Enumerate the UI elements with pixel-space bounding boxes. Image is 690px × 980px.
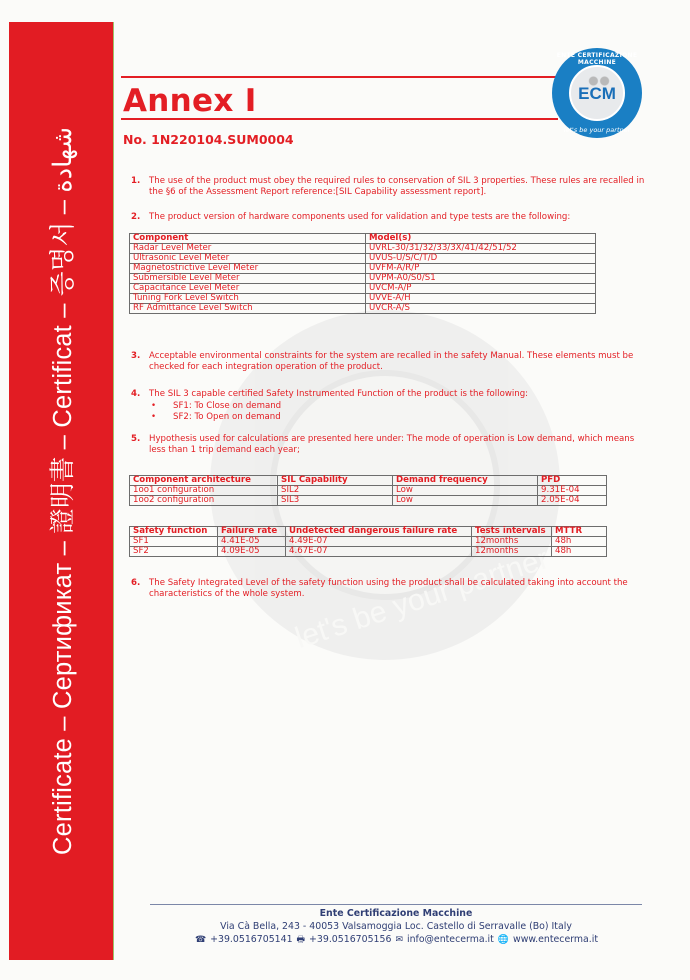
table-cell: SIL2: [278, 486, 393, 496]
table-row: Magnetostrictive Level MeterUVFM-A/R/P: [130, 264, 596, 274]
table-row: RF Admittance Level SwitchUVCR-A/S: [130, 304, 596, 314]
table-header-row: Component architecture SIL Capability De…: [130, 476, 607, 486]
table-cell: UVPM-A0/S0/S1: [366, 274, 596, 284]
table-row: Tuning Fork Level SwitchUVVE-A/H: [130, 294, 596, 304]
logo-acronym: ECM: [571, 84, 623, 104]
table-cell: 48h: [552, 547, 607, 557]
table-row: Capacitance Level MeterUVCM-A/P: [130, 284, 596, 294]
table-cell: Low: [393, 496, 538, 506]
table-cell: SIL3: [278, 496, 393, 506]
ecm-logo: ENTE CERTIFICAZIONE MACCHINE ECM let's b…: [552, 48, 642, 138]
footer: Ente Certificazione Macchine Via Cà Bell…: [150, 907, 642, 947]
column-header: PFD: [538, 476, 607, 486]
clause-text: The use of the product must obey the req…: [149, 176, 644, 197]
email-icon: ✉: [395, 934, 403, 947]
footer-contacts: ☎ +39.0516705141 🖶 +39.0516705156 ✉ info…: [150, 933, 642, 947]
table-cell: 4.41E-05: [218, 537, 286, 547]
table-cell: UVVE-A/H: [366, 294, 596, 304]
table-cell: 12months: [472, 537, 552, 547]
column-header: MTTR: [552, 527, 607, 537]
clause-text: The product version of hardware componen…: [149, 212, 570, 222]
table-cell: 9.31E-04: [538, 486, 607, 496]
globe-icon: 🌐: [498, 934, 509, 947]
table-cell: Tuning Fork Level Switch: [130, 294, 366, 304]
table-row: Radar Level MeterUVRL-30/31/32/33/3X/41/…: [130, 244, 596, 254]
clause-text: The Safety Integrated Level of the safet…: [149, 578, 628, 599]
footer-email[interactable]: info@entecerma.it: [407, 934, 494, 945]
clause-number: 4.: [131, 389, 140, 400]
table-cell: 4.09E-05: [218, 547, 286, 557]
certificate-sidebar-band: Certificate – Сертификат – 證明書 – Certifi…: [9, 22, 114, 960]
table-row: Ultrasonic Level MeterUVUS-U/S/C/T/D: [130, 254, 596, 264]
footer-website[interactable]: www.entecerma.it: [513, 934, 598, 945]
footer-phone: +39.0516705141: [210, 934, 292, 945]
table-cell: UVCR-A/S: [366, 304, 596, 314]
footer-divider: [150, 904, 642, 905]
table-cell: 12months: [472, 547, 552, 557]
title-top-rule: [121, 76, 558, 78]
clause-text: The SIL 3 capable certified Safety Instr…: [149, 389, 528, 399]
logo-inner-circle: ECM: [569, 65, 625, 121]
table-cell: 48h: [552, 537, 607, 547]
table-cell: Low: [393, 486, 538, 496]
clause-4: 4. The SIL 3 capable certified Safety In…: [131, 389, 528, 423]
clause-text: Acceptable environmental constraints for…: [149, 351, 633, 372]
table-row: Submersible Level MeterUVPM-A0/S0/S1: [130, 274, 596, 284]
table-cell: RF Admittance Level Switch: [130, 304, 366, 314]
clause-3: 3. Acceptable environmental constraints …: [131, 351, 646, 373]
table-cell: 1oo1 configuration: [130, 486, 278, 496]
table-cell: 2.05E-04: [538, 496, 607, 506]
logo-arc-top-text: ENTE CERTIFICAZIONE MACCHINE: [552, 52, 642, 66]
table-cell: SF2: [130, 547, 218, 557]
clause-2: 2. The product version of hardware compo…: [131, 212, 570, 223]
table-cell: 1oo2 configuration: [130, 496, 278, 506]
list-item: SF1: To Close on demand: [149, 401, 528, 412]
architecture-table: Component architecture SIL Capability De…: [129, 475, 607, 506]
title-bottom-rule: [121, 118, 558, 120]
clause-1: 1. The use of the product must obey the …: [131, 176, 646, 198]
components-table: Component Model(s) Radar Level MeterUVRL…: [129, 233, 596, 314]
column-header: Safety function: [130, 527, 218, 537]
clause-text: Hypothesis used for calculations are pre…: [149, 434, 634, 455]
column-header: Model(s): [366, 234, 596, 244]
table-cell: SF1: [130, 537, 218, 547]
table-cell: UVCM-A/P: [366, 284, 596, 294]
clause-number: 2.: [131, 212, 140, 223]
column-header: SIL Capability: [278, 476, 393, 486]
phone-icon: ☎: [195, 934, 206, 947]
list-item: SF2: To Open on demand: [149, 412, 528, 423]
footer-address: Via Cà Bella, 243 - 40053 Valsamoggia Lo…: [150, 920, 642, 933]
table-header-row: Component Model(s): [130, 234, 596, 244]
table-row: SF14.41E-054.49E-0712months48h: [130, 537, 607, 547]
column-header: Failure rate: [218, 527, 286, 537]
table-cell: UVFM-A/R/P: [366, 264, 596, 274]
table-cell: 4.49E-07: [286, 537, 472, 547]
table-row: SF24.09E-054.67E-0712months48h: [130, 547, 607, 557]
clause-number: 6.: [131, 578, 140, 589]
clause-number: 1.: [131, 176, 140, 187]
clause-5: 5. Hypothesis used for calculations are …: [131, 434, 646, 456]
table-cell: 4.67E-07: [286, 547, 472, 557]
table-row: 1oo1 configurationSIL2Low9.31E-04: [130, 486, 607, 496]
footer-fax: +39.0516705156: [309, 934, 391, 945]
page-title: Annex I: [123, 83, 257, 119]
column-header: Component architecture: [130, 476, 278, 486]
footer-organization: Ente Certificazione Macchine: [150, 907, 642, 920]
clause-number: 5.: [131, 434, 140, 445]
table-cell: Magnetostrictive Level Meter: [130, 264, 366, 274]
table-header-row: Safety function Failure rate Undetected …: [130, 527, 607, 537]
clause-6: 6. The Safety Integrated Level of the sa…: [131, 578, 646, 600]
table-row: 1oo2 configurationSIL3Low2.05E-04: [130, 496, 607, 506]
table-cell: Submersible Level Meter: [130, 274, 366, 284]
certificate-number: No. 1N220104.SUM0004: [123, 132, 294, 147]
column-header: Tests intervals: [472, 527, 552, 537]
table-cell: Ultrasonic Level Meter: [130, 254, 366, 264]
column-header: Component: [130, 234, 366, 244]
safety-function-table: Safety function Failure rate Undetected …: [129, 526, 607, 557]
clause-number: 3.: [131, 351, 140, 362]
table-cell: UVRL-30/31/32/33/3X/41/42/51/52: [366, 244, 596, 254]
column-header: Undetected dangerous failure rate: [286, 527, 472, 537]
safety-function-list: SF1: To Close on demand SF2: To Open on …: [149, 401, 528, 423]
table-cell: Capacitance Level Meter: [130, 284, 366, 294]
fax-icon: 🖶: [297, 934, 306, 947]
logo-arc-bottom-text: let's be your partner: [552, 126, 642, 134]
column-header: Demand frequency: [393, 476, 538, 486]
multilingual-certificate-label: Certificate – Сертификат – 證明書 – Certifi…: [43, 127, 79, 855]
table-cell: UVUS-U/S/C/T/D: [366, 254, 596, 264]
table-cell: Radar Level Meter: [130, 244, 366, 254]
